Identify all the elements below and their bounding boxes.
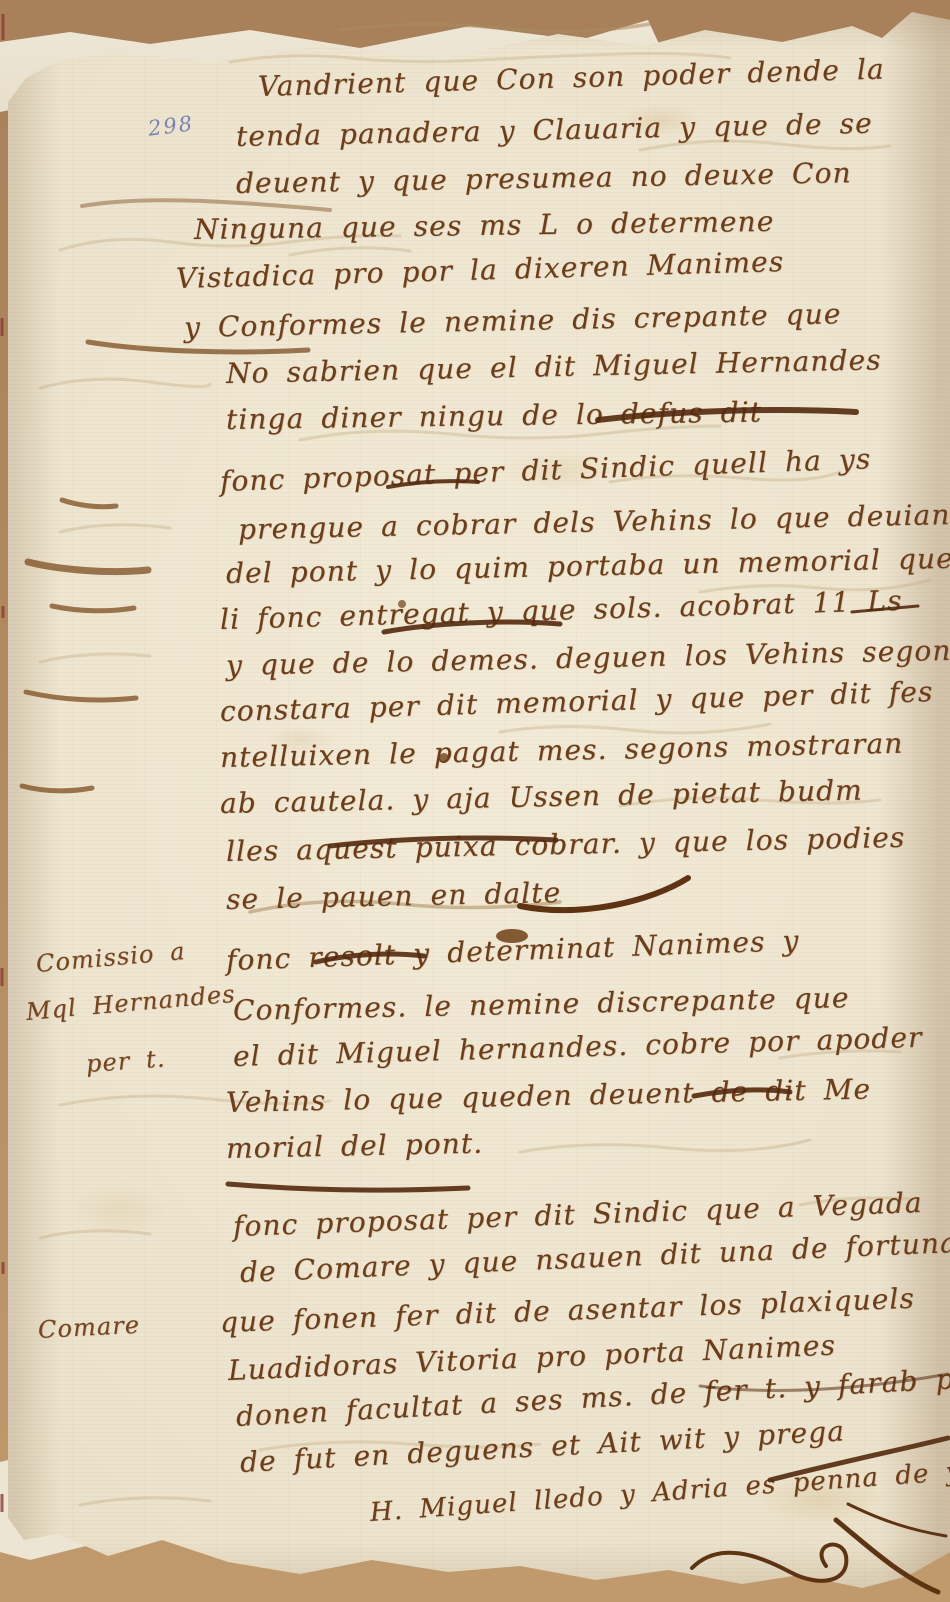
margin-note-per-t: per t. [85,1044,166,1077]
manuscript-line: morial del pont. [226,1127,484,1165]
manuscript-line: se le pauen en dalte [226,876,562,916]
manuscript-photo: 298 Vandrient que Con son poder dende la… [0,0,950,1602]
page-edge-flecks [2,14,3,1512]
margin-note-comare: Comare [37,1311,140,1344]
